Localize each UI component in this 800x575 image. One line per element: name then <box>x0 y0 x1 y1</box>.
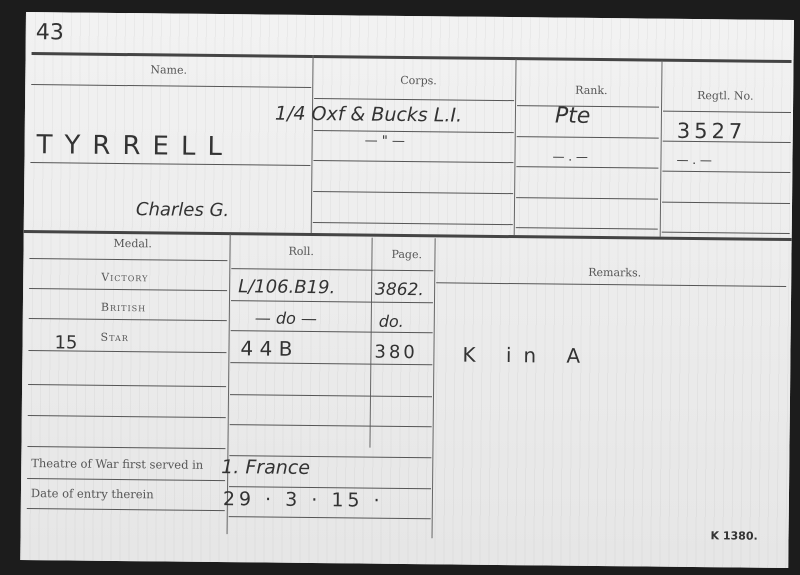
header-name: Name. <box>150 63 187 76</box>
name-surname-rule <box>30 162 310 166</box>
medal-index-card: 43 Name. Corps. Rank. Regtl. No. TYRRELL… <box>20 12 794 568</box>
regtl-rule-5 <box>662 232 790 234</box>
top-rule <box>32 52 792 63</box>
theatre-value: 1. France <box>221 456 310 479</box>
surname: TYRRELL <box>36 130 234 162</box>
regtl-no-value: 3527 <box>677 119 747 144</box>
regtl-no-ditto: — . — <box>676 153 712 167</box>
corps-value: 1/4 Oxf & Bucks L.I. <box>275 103 462 127</box>
name-header-rule <box>31 84 311 88</box>
medal-rule-4 <box>28 384 226 387</box>
regtl-rule-4 <box>662 202 790 204</box>
header-roll: Roll. <box>288 245 314 258</box>
divider-name-corps <box>311 55 314 233</box>
header-medal: Medal. <box>114 237 153 250</box>
date-entry-value: 29 · 3 · 15 · <box>223 488 384 512</box>
medal-rule-2 <box>29 318 227 321</box>
rank-rule-4 <box>516 197 658 199</box>
remarks-rule <box>436 282 786 287</box>
roll-rule-0 <box>231 268 433 271</box>
header-regtl-no: Regtl. No. <box>697 89 753 103</box>
corner-number: 43 <box>36 20 64 45</box>
divider-page-remarks <box>432 238 436 538</box>
medal-name-victory: Victory <box>101 271 148 284</box>
page-star: 380 <box>374 342 418 363</box>
divider-rank-regtl <box>660 61 663 237</box>
corps-ditto: — " — <box>365 134 405 149</box>
roll-rule-5 <box>230 424 432 427</box>
corps-rule-2 <box>314 130 514 133</box>
page-british: do. <box>379 312 404 331</box>
header-page: Page. <box>391 248 422 261</box>
regtl-rule-3 <box>662 171 790 173</box>
roll-rule-8 <box>229 516 431 519</box>
corps-rule-5 <box>313 222 513 225</box>
corps-rule-4 <box>313 191 513 194</box>
corps-rule-3 <box>313 160 513 163</box>
medal-rule-1 <box>29 288 227 291</box>
header-rank: Rank. <box>575 84 607 97</box>
medal-name-star: Star <box>101 331 129 344</box>
rank-rule-5 <box>516 227 658 229</box>
medal-rule-7 <box>27 478 225 481</box>
remarks-value: K in A <box>462 343 592 368</box>
forenames: Charles G. <box>136 199 229 221</box>
page-victory: 3862. <box>375 280 424 301</box>
medal-rule-8 <box>27 508 225 511</box>
roll-victory: L/106.B19. <box>238 276 335 298</box>
medal-rule-5 <box>28 415 226 418</box>
roll-rule-1 <box>231 300 433 303</box>
header-corps: Corps. <box>400 74 437 87</box>
form-number: K 1380. <box>710 529 757 542</box>
medal-name-british: British <box>101 301 146 314</box>
label-date-entry: Date of entry therein <box>31 486 154 501</box>
header-remarks: Remarks. <box>588 266 641 280</box>
medal-rule-0 <box>29 258 227 261</box>
medal-rule-6 <box>27 446 225 449</box>
rank-value: Pte <box>555 104 591 129</box>
rank-ditto: — . — <box>552 150 588 164</box>
roll-star: 4 4 B <box>240 336 292 361</box>
regtl-rule-1 <box>663 111 791 113</box>
label-theatre: Theatre of War first served in <box>31 456 203 472</box>
rank-rule-2 <box>517 136 659 138</box>
medal-prefix-star: 15 <box>54 332 77 353</box>
roll-rule-4 <box>230 394 432 397</box>
roll-british: — do — <box>255 308 317 328</box>
divider-corps-rank <box>514 59 517 235</box>
corps-rule-1 <box>314 98 514 101</box>
rank-rule-3 <box>516 166 658 168</box>
